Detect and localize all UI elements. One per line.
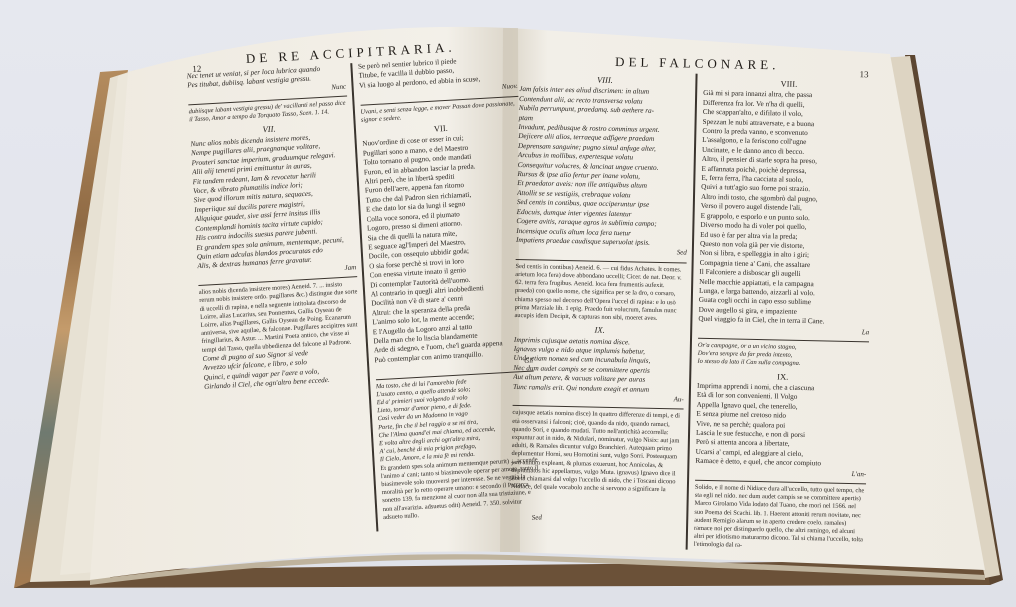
commentary-note: cujusque aetatis nomina disce) In quattr… xyxy=(511,409,684,495)
commentary-note: praeda) con quello nome, che significa p… xyxy=(514,287,686,323)
right-page: 13 DEL FALCONARE. VIII. Jam falsis inter… xyxy=(511,52,875,479)
left-page: 12 DE RE ACCIPITRARIA. Nec tenet ut veni… xyxy=(186,36,539,484)
italian-column-right: VIII. Già mi si para innanzi altra, che … xyxy=(694,74,875,553)
latin-column-right: VIII. Jam falsis inter ees aliud discrim… xyxy=(510,70,698,549)
commentary-note: Solido, e il nome di Nidiace dura all'uc… xyxy=(694,484,866,553)
commentary-note: alios nobis dicenda insistere mores) Aen… xyxy=(199,280,361,354)
latin-column-left: Nec tenet ut veniat, si per loca lubrica… xyxy=(187,63,378,541)
photo-scene: 12 DE RE ACCIPITRARIA. Nec tenet ut veni… xyxy=(0,0,1016,607)
